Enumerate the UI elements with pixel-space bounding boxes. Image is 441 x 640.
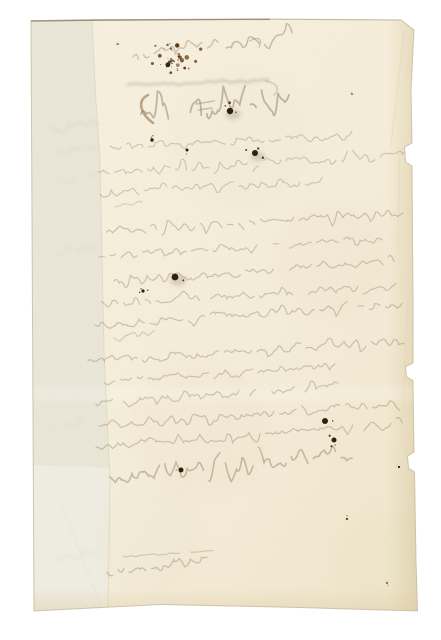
ink-blot-satellite (140, 288, 141, 289)
ink-blot (179, 468, 184, 473)
ink-blot-satellite (228, 101, 231, 104)
ink-blot-satellite (245, 149, 247, 151)
spatter-dot (184, 55, 189, 60)
ink-blot (186, 149, 189, 152)
spatter-dot (170, 43, 171, 44)
ink-blot (346, 518, 348, 520)
ink-blot-satellite (152, 135, 153, 136)
ink-blot (227, 108, 233, 114)
spatter-dot (154, 45, 156, 47)
spatter-dot (199, 47, 202, 50)
ink-blot-satellite (335, 444, 336, 445)
top-edge-shadow-light (270, 19, 401, 20)
spatter-dot (175, 43, 179, 47)
ink-blot-satellite (388, 585, 389, 586)
ink-blot-satellite (329, 435, 331, 437)
ink-blot-satellite (351, 92, 352, 93)
spatter-dot (188, 68, 190, 70)
spatter-dot (164, 48, 165, 49)
ink-blot-satellite (388, 580, 389, 581)
ink-blot-satellite (224, 105, 226, 107)
spatter-dot (171, 66, 172, 67)
spatter-dot (171, 50, 172, 51)
spatter-dot (181, 61, 183, 63)
ink-blot (150, 138, 153, 141)
ink-blot-satellite (347, 515, 348, 516)
ink-blot-satellite (176, 470, 177, 471)
spatter-dot (167, 58, 168, 59)
spatter-dot (183, 67, 186, 70)
ink-blot-satellite (151, 137, 152, 138)
ink-blot-satellite (139, 292, 140, 293)
ink-blot-satellite (147, 289, 149, 291)
ink-blot-satellite (235, 112, 236, 113)
ink-blot-satellite (350, 93, 351, 94)
spatter-dot (176, 63, 179, 66)
ink-blot (386, 582, 388, 584)
spatter-dot (172, 60, 174, 62)
ink-blot-satellite (354, 94, 355, 95)
ink-blot-satellite (182, 279, 184, 281)
ink-blot (322, 418, 328, 424)
ink-blot (252, 150, 258, 156)
paper-grain (28, 17, 420, 615)
ink-blot (117, 43, 119, 45)
ink-blot-satellite (262, 157, 264, 159)
ink-blot (141, 289, 144, 292)
spatter-dot (170, 48, 172, 50)
ink-blot (351, 93, 353, 95)
spatter-dot (194, 60, 197, 63)
ink-blot (332, 438, 337, 443)
ink-blot-satellite (186, 154, 187, 155)
photograph-stage (0, 0, 441, 640)
ink-blot-satellite (116, 44, 117, 45)
spatter-dot (177, 53, 180, 56)
ink-blot (398, 466, 400, 468)
ink-blot-satellite (154, 142, 155, 143)
spatter-dot (151, 62, 154, 65)
spatter-dot (160, 64, 161, 65)
ink-blot-satellite (396, 465, 397, 466)
spatter-dot (178, 55, 180, 57)
ink-blot-satellite (332, 420, 334, 422)
spatter-dot (171, 63, 172, 64)
letter-photo (0, 0, 441, 640)
spatter-dot (177, 68, 178, 69)
spatter-dot (158, 54, 162, 58)
ink-blot-satellite (116, 43, 117, 44)
ink-blot-satellite (387, 586, 388, 587)
spatter-dot (166, 44, 169, 47)
spatter-dot (177, 70, 178, 71)
ink-blot-satellite (117, 41, 118, 42)
spatter-dot (184, 68, 185, 69)
spatter-dot (166, 67, 167, 68)
spatter-dot (169, 71, 172, 74)
ink-blot-satellite (330, 445, 332, 447)
spatter-dot (177, 59, 178, 60)
ink-blot (172, 274, 179, 281)
ink-blot-satellite (257, 147, 259, 149)
spatter-dot (168, 60, 171, 63)
